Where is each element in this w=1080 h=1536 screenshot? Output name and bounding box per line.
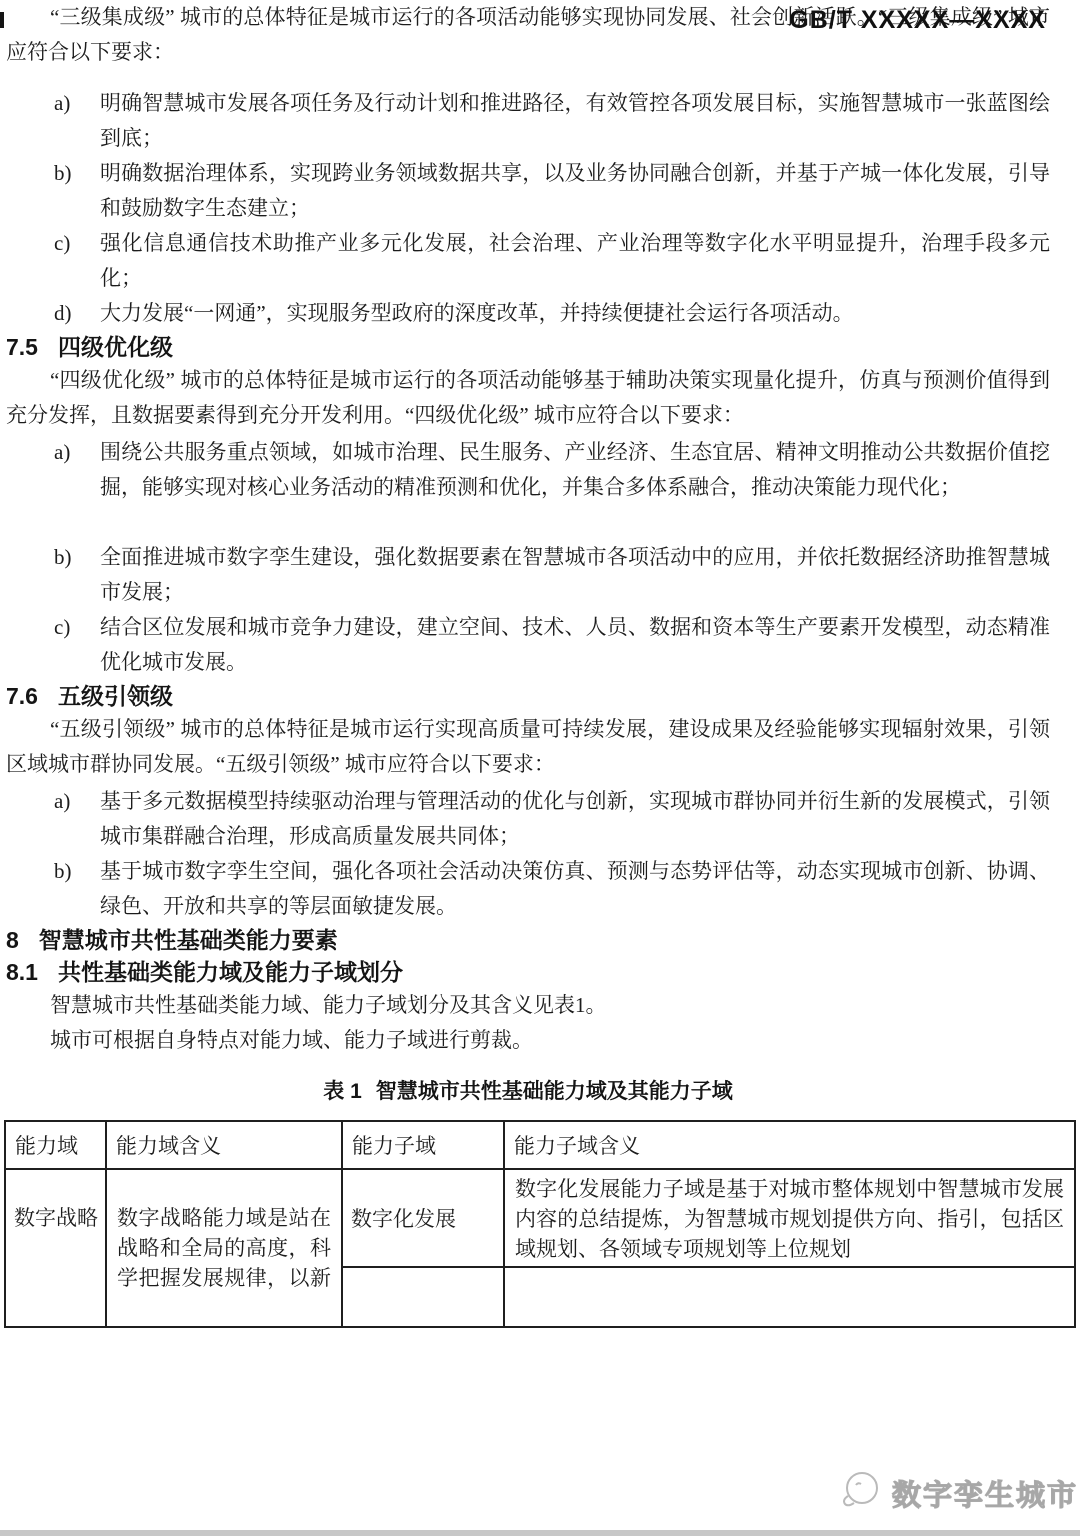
paragraph-7-6-intro: “五级引领级” 城市的总体特征是城市运行实现高质量可持续发展，建设成果及经验能够…: [6, 712, 1050, 782]
scan-artifact-mark: [0, 12, 4, 28]
table-row: 数字战略 数字战略能力域是站在战略和全局的高度，科学把握发展规律，以新发展理念为…: [5, 1169, 1075, 1267]
cell-sub-domain-next: [342, 1267, 504, 1327]
list-7-5: a) 围绕公共服务重点领域，如城市治理、民生服务、产业经济、生态宜居、精神文明推…: [6, 435, 1050, 680]
section-title: 四级优化级: [58, 334, 173, 360]
item-marker: a): [54, 784, 70, 819]
paragraph-table-note-2: 城市可根据自身特点对能力域、能力子域进行剪裁。: [6, 1023, 1050, 1058]
item-text: 结合区位发展和城市竞争力建设，建立空间、技术、人员、数据和资本等生产要素开发模型…: [100, 615, 1050, 674]
column-header-domain-meaning: 能力域含义: [106, 1121, 342, 1169]
section-heading-7-6: 7.6五级引领级: [6, 680, 1050, 712]
list-item: b) 基于城市数字孪生空间，强化各项社会活动决策仿真、预测与态势评估等，动态实现…: [6, 854, 1050, 924]
item-marker: c): [54, 226, 70, 261]
table-caption-label: 表 1: [323, 1075, 362, 1105]
page-bottom-edge: [0, 1530, 1080, 1536]
item-text: 围绕公共服务重点领域，如城市治理、民生服务、产业经济、生态宜居、精神文明推动公共…: [100, 440, 1050, 499]
section-number: 8.1: [6, 959, 38, 985]
item-marker: d): [54, 296, 72, 331]
list-level3: a) 明确智慧城市发展各项任务及行动计划和推进路径，有效管控各项发展目标，实施智…: [6, 86, 1050, 331]
item-text: 明确数据治理体系，实现跨业务领域数据共享，以及业务协同融合创新，并基于产城一体化…: [100, 161, 1050, 220]
column-header-sub-domain-meaning: 能力子域含义: [504, 1121, 1075, 1169]
section-number: 8: [6, 927, 19, 953]
cloud-bubble-logo-icon: [838, 1468, 882, 1518]
item-marker: a): [54, 86, 70, 121]
watermark: 数字孪生城市: [838, 1468, 1078, 1518]
item-marker: b): [54, 854, 72, 889]
table-header-row: 能力域 能力域含义 能力子域 能力子域含义: [5, 1121, 1075, 1169]
section-heading-7-5: 7.5四级优化级: [6, 331, 1050, 363]
list-item: b) 明确数据治理体系，实现跨业务领域数据共享，以及业务协同融合创新，并基于产城…: [6, 156, 1050, 226]
item-text: 全面推进城市数字孪生建设，强化数据要素在智慧城市各项活动中的应用，并依托数据经济…: [100, 545, 1050, 604]
list-item: b) 全面推进城市数字孪生建设，强化数据要素在智慧城市各项活动中的应用，并依托数…: [6, 540, 1050, 610]
cell-sub-domain-meaning: 数字化发展能力子域是基于对城市整体规划中智慧城市发展内容的总结提炼，为智慧城市规…: [504, 1169, 1075, 1267]
watermark-text: 数字孪生城市: [892, 1473, 1078, 1514]
list-item: c) 结合区位发展和城市竞争力建设，建立空间、技术、人员、数据和资本等生产要素开…: [6, 610, 1050, 680]
section-title: 智慧城市共性基础类能力要素: [39, 927, 338, 953]
item-text: 强化信息通信技术助推产业多元化发展，社会治理、产业治理等数字化水平明显提升，治理…: [100, 231, 1050, 290]
document-page: GB/T XXXXX—XXXX “三级集成级” 城市的总体特征是城市运行的各项活…: [0, 0, 1080, 1536]
section-number: 7.6: [6, 683, 38, 709]
table-caption: 表 1 智慧城市共性基础能力域及其能力子域: [6, 1074, 1050, 1106]
cell-domain-meaning: 数字战略能力域是站在战略和全局的高度，科学把握发展规律，以新发展理念为: [106, 1169, 342, 1327]
cell-capability-domain: 数字战略: [5, 1169, 106, 1327]
column-header-sub-domain: 能力子域: [342, 1121, 504, 1169]
item-marker: b): [54, 156, 72, 191]
capability-table: 能力域 能力域含义 能力子域 能力子域含义 数字战略 数字战略能力域是站在战略和…: [4, 1120, 1076, 1328]
paragraph-7-5-intro: “四级优化级” 城市的总体特征是城市运行的各项活动能够基于辅助决策实现量化提升，…: [6, 363, 1050, 433]
item-marker: a): [54, 435, 70, 470]
item-text: 基于城市数字孪生空间，强化各项社会活动决策仿真、预测与态势评估等，动态实现城市创…: [100, 859, 1050, 918]
column-header-capability-domain: 能力域: [5, 1121, 106, 1169]
item-text: 基于多元数据模型持续驱动治理与管理活动的优化与创新，实现城市群协同并衍生新的发展…: [100, 789, 1050, 848]
cell-sub-domain: 数字化发展: [342, 1169, 504, 1267]
cell-sub-domain-meaning-next: [504, 1267, 1075, 1327]
list-item: d) 大力发展“一网通”，实现服务型政府的深度改革，并持续便捷社会运行各项活动。: [6, 296, 1050, 331]
section-title: 共性基础类能力域及能力子域划分: [58, 959, 403, 985]
item-marker: c): [54, 610, 70, 645]
section-heading-8-1: 8.1共性基础类能力域及能力子域划分: [6, 956, 1050, 988]
standard-reference: GB/T XXXXX—XXXX: [789, 6, 1046, 35]
table-caption-title: 智慧城市共性基础能力域及其能力子域: [376, 1075, 733, 1105]
page-content: “三级集成级” 城市的总体特征是城市运行的各项活动能够实现协同发展、社会创新活跃…: [0, 0, 1080, 1536]
list-7-6: a) 基于多元数据模型持续驱动治理与管理活动的优化与创新，实现城市群协同并衍生新…: [6, 784, 1050, 924]
paragraph-table-note-1: 智慧城市共性基础类能力域、能力子域划分及其含义见表1。: [6, 988, 1050, 1023]
item-text: 明确智慧城市发展各项任务及行动计划和推进路径，有效管控各项发展目标，实施智慧城市…: [100, 91, 1050, 150]
item-marker: b): [54, 540, 72, 575]
list-item: a) 明确智慧城市发展各项任务及行动计划和推进路径，有效管控各项发展目标，实施智…: [6, 86, 1050, 156]
list-item: a) 基于多元数据模型持续驱动治理与管理活动的优化与创新，实现城市群协同并衍生新…: [6, 784, 1050, 854]
section-number: 7.5: [6, 334, 38, 360]
list-item: c) 强化信息通信技术助推产业多元化发展，社会治理、产业治理等数字化水平明显提升…: [6, 226, 1050, 296]
item-text: 大力发展“一网通”，实现服务型政府的深度改革，并持续便捷社会运行各项活动。: [100, 301, 854, 325]
list-item: a) 围绕公共服务重点领域，如城市治理、民生服务、产业经济、生态宜居、精神文明推…: [6, 435, 1050, 540]
chapter-heading-8: 8智慧城市共性基础类能力要素: [6, 924, 1050, 956]
section-title: 五级引领级: [58, 683, 173, 709]
